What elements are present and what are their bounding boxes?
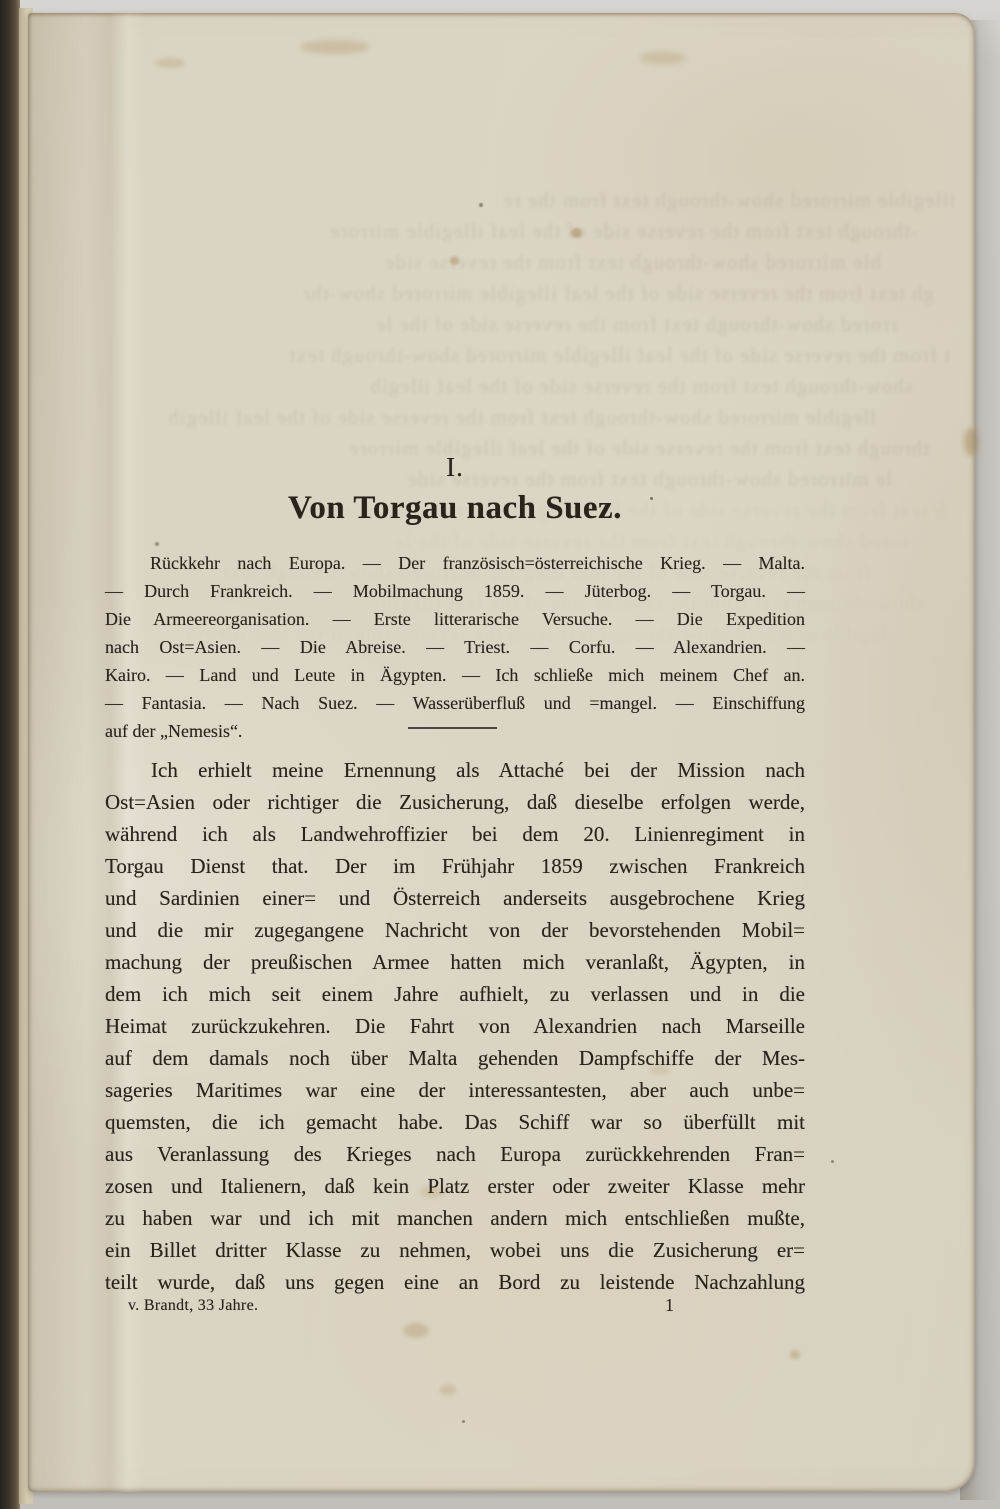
body-line: und die mir zugegangene Nachricht von de… bbox=[105, 914, 805, 946]
summary-line: — Fantasia. — Nach Suez. — Wasserüberflu… bbox=[105, 689, 805, 717]
page-number: 1 bbox=[665, 1295, 674, 1316]
bleed-through-line: ble mirrored show-through text from the … bbox=[110, 247, 955, 278]
body-line: Heimat zurückzukehren. Die Fahrt von Ale… bbox=[105, 1010, 805, 1042]
body-line: sageries Maritimes war eine der interess… bbox=[105, 1074, 805, 1106]
body-paragraph: Ich erhielt meine Ernennung als Attaché … bbox=[105, 754, 805, 1298]
bleed-through-line: illegible mirrored show-through text fro… bbox=[110, 185, 955, 216]
foxing-spot bbox=[640, 52, 686, 64]
body-line: ein Billet dritter Klasse zu nehmen, wob… bbox=[105, 1234, 805, 1266]
body-line: Ost=Asien oder richtiger die Zusicherung… bbox=[105, 786, 805, 818]
body-line: machung der preußischen Armee hatten mic… bbox=[105, 946, 805, 978]
foxing-spot bbox=[831, 1160, 834, 1163]
body-line: zosen und Italienern, daß kein Platz ers… bbox=[105, 1170, 805, 1202]
bleed-through-line: t from the reverse side of the leaf ille… bbox=[110, 340, 955, 371]
bleed-through-line: rrored show-through text from the revers… bbox=[110, 309, 955, 340]
section-divider-rule bbox=[408, 727, 497, 729]
chapter-number: I. bbox=[105, 452, 805, 483]
body-line: und Sardinien einer= und Österreich ande… bbox=[105, 882, 805, 914]
book-spine-edge bbox=[0, 0, 20, 1509]
body-line: zu haben war und ich mit manchen andern … bbox=[105, 1202, 805, 1234]
foxing-spot bbox=[403, 1323, 429, 1338]
bleed-through-line: gh text from the reverse side of the lea… bbox=[110, 278, 955, 309]
chapter-title: Von Torgau nach Suez. bbox=[105, 490, 805, 527]
summary-line: nach Ost=Asien. — Die Abreise. — Triest.… bbox=[105, 633, 805, 661]
summary-line: Kairo. — Land und Leute in Ägypten. — Ic… bbox=[105, 661, 805, 689]
foxing-spot bbox=[155, 58, 185, 68]
book-photo: illegible mirrored show-through text fro… bbox=[0, 0, 1000, 1509]
body-line: aus Veranlassung des Krieges nach Europa… bbox=[105, 1138, 805, 1170]
summary-line: — Durch Frankreich. — Mobilmachung 1859.… bbox=[105, 577, 805, 605]
chapter-summary: Rückkehr nach Europa. — Der französisch=… bbox=[105, 549, 805, 745]
book-page: illegible mirrored show-through text fro… bbox=[28, 13, 975, 1492]
body-line: Torgau Dienst that. Der im Frühjahr 1859… bbox=[105, 850, 805, 882]
body-line: quemsten, die ich gemacht habe. Das Schi… bbox=[105, 1106, 805, 1138]
summary-line: Die Armeereorganisation. — Erste littera… bbox=[105, 605, 805, 633]
body-line: teilt wurde, daß uns gegen eine an Bord … bbox=[105, 1266, 805, 1298]
summary-line: auf der „Nemesis“. bbox=[105, 717, 805, 745]
bleed-through-line: -through text from the reverse side of t… bbox=[110, 216, 955, 247]
body-line: dem ich mich seit einem Jahre aufhielt, … bbox=[105, 978, 805, 1010]
foxing-spot bbox=[462, 1420, 465, 1423]
foxing-spot bbox=[300, 40, 370, 54]
summary-line: Rückkehr nach Europa. — Der französisch=… bbox=[105, 549, 805, 577]
foxing-spot bbox=[790, 1350, 800, 1359]
body-line: während ich als Landwehroffizier bei dem… bbox=[105, 818, 805, 850]
bleed-through-line: llegible mirrored show-through text from… bbox=[110, 402, 955, 433]
body-line: auf dem damals noch über Malta gehenden … bbox=[105, 1042, 805, 1074]
bleed-through-line: show-through text from the reverse side … bbox=[110, 371, 955, 402]
body-line: Ich erhielt meine Ernennung als Attaché … bbox=[105, 754, 805, 786]
footer-signature: v. Brandt, 33 Jahre. bbox=[128, 1297, 258, 1315]
foxing-spot bbox=[440, 1385, 456, 1395]
